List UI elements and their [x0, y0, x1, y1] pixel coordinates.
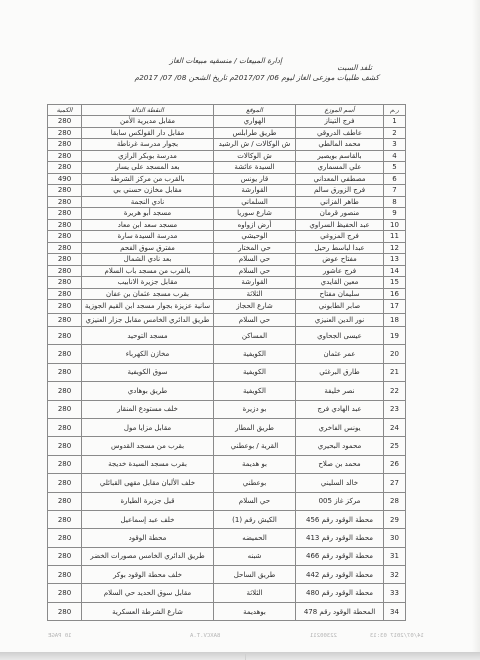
- cell-landmark: بالقرب من مسجد باب السلام: [82, 265, 214, 277]
- cell-distributor-name: منصور قرمان: [296, 208, 384, 220]
- cell-landmark: مفترق سوق الفحم: [82, 242, 214, 254]
- cell-distributor-name: محطة الوقود رقم 456: [296, 510, 384, 528]
- cell-location: طريق طرابلس: [214, 127, 296, 139]
- cell-row-number: 22: [384, 382, 406, 400]
- table-row: 25محمود البحيريالقرية / بوعطنيبقرب من مس…: [48, 437, 406, 455]
- cell-location: الكويفية: [214, 345, 296, 363]
- cell-location: حي المختار: [214, 242, 296, 254]
- table-row: 21طارق البرغثيالكويفيةسوق الكويفية280: [48, 363, 406, 381]
- cell-quantity: 280: [48, 437, 82, 455]
- cell-quantity: 280: [48, 231, 82, 243]
- cell-landmark: مقابل جزيرة الانابيب: [82, 277, 214, 289]
- cell-row-number: 14: [384, 265, 406, 277]
- cell-quantity: 280: [48, 277, 82, 289]
- page-edge-shadow: [472, 0, 480, 652]
- cell-row-number: 9: [384, 208, 406, 220]
- table-row: 24يونس الفاخريطريق المطارمقابل مزايا مول…: [48, 418, 406, 436]
- cell-row-number: 2: [384, 127, 406, 139]
- cell-quantity: 280: [48, 196, 82, 208]
- table-row: 11فرج المزوغيالوحيشيمدرسة السيدة سارة280: [48, 231, 406, 243]
- cell-landmark: مسجد سعد ابن معاد: [82, 219, 214, 231]
- cell-location: طريق المطار: [214, 418, 296, 436]
- bleed-through-text: 8AXCV.T.A: [190, 633, 220, 639]
- cell-distributor-name: طاهر الفزاني: [296, 196, 384, 208]
- cell-quantity: 280: [48, 208, 82, 220]
- cell-row-number: 12: [384, 242, 406, 254]
- bleed-through-text: 14/07/2017 03:13: [370, 633, 424, 639]
- cell-location: الكويفية: [214, 363, 296, 381]
- table-row: 27خالد السلينيبوعطنيخلف الألبان مقابل مق…: [48, 474, 406, 492]
- cell-row-number: 20: [384, 345, 406, 363]
- cell-distributor-name: فرج المزوغي: [296, 231, 384, 243]
- cell-landmark: مدرسة السيدة سارة: [82, 231, 214, 243]
- table-row: 8طاهر الفزانيالسلمانينادي النجمة280: [48, 196, 406, 208]
- cell-distributor-name: محمد المالطي: [296, 139, 384, 151]
- cell-row-number: 33: [384, 584, 406, 602]
- cell-distributor-name: خالد السليني: [296, 474, 384, 492]
- cell-row-number: 13: [384, 254, 406, 266]
- department-heading: إدارة المبيعات / منسقيه مبيعات الغاز: [170, 56, 282, 65]
- table-row: 31محطة الوقود رقم 466شبنهطريق الدائري ال…: [48, 547, 406, 565]
- cell-quantity: 280: [48, 566, 82, 584]
- cell-row-number: 7: [384, 185, 406, 197]
- cell-row-number: 29: [384, 510, 406, 528]
- cell-row-number: 8: [384, 196, 406, 208]
- cell-location: قار يونس: [214, 173, 296, 185]
- cell-landmark: طريق الدائري الخامس مصورات الخضر: [82, 547, 214, 565]
- cell-location: القرية / بوعطني: [214, 437, 296, 455]
- cell-row-number: 19: [384, 327, 406, 345]
- cell-quantity: 280: [48, 382, 82, 400]
- cell-location: الحميضه: [214, 529, 296, 547]
- cell-row-number: 18: [384, 313, 406, 327]
- col-header-landmark: النقطة الدالة: [82, 105, 214, 116]
- cell-distributor-name: بالقاسم بويصير: [296, 150, 384, 162]
- table-row: 33محطة الوقود رقم 480الثلاثةمقابل سوق ال…: [48, 584, 406, 602]
- cell-quantity: 280: [48, 116, 82, 128]
- cell-distributor-name: نور الدين العنيزي: [296, 313, 384, 327]
- table-row: 29محطة الوقود رقم 456الكيش رقم (1)خلف عب…: [48, 510, 406, 528]
- cell-distributor-name: مركز غاز 005: [296, 492, 384, 510]
- cell-location: بو دزيرة: [214, 400, 296, 418]
- cell-quantity: 280: [48, 265, 82, 277]
- cell-location: بو هديمة: [214, 455, 296, 473]
- page-fold-mark: [245, 654, 246, 660]
- table-row: 32محطة الوقود رقم 442طريق الساحلخلف محطة…: [48, 566, 406, 584]
- cell-distributor-name: عمر عثمان: [296, 345, 384, 363]
- cell-distributor-name: نصر خليفة: [296, 382, 384, 400]
- cell-landmark: محطة الوقود: [82, 529, 214, 547]
- cell-landmark: قبل جزيرة الطيارة: [82, 492, 214, 510]
- cell-row-number: 24: [384, 418, 406, 436]
- table-row: 2عاطف الدروقيطريق طرابلسمقابل دار القولك…: [48, 127, 406, 139]
- table-row: 3محمد المالطيش الوكالات / ش الرشيدبجوار …: [48, 139, 406, 151]
- cell-location: الثلاثة: [214, 584, 296, 602]
- cell-landmark: مقابل مديرية الأمن: [82, 116, 214, 128]
- cell-landmark: نادي النجمة: [82, 196, 214, 208]
- cell-distributor-name: يونس الفاخري: [296, 418, 384, 436]
- table-row: 6مصطفي المعدانيقار يونسبالقرب من مركز ال…: [48, 173, 406, 185]
- cell-location: شارع سوريا: [214, 208, 296, 220]
- cell-distributor-name: عيسى الجحاوي: [296, 327, 384, 345]
- cell-landmark: سوق الكويفية: [82, 363, 214, 381]
- cell-quantity: 280: [48, 492, 82, 510]
- cell-row-number: 5: [384, 162, 406, 174]
- cell-quantity: 280: [48, 300, 82, 314]
- cell-landmark: بالقرب من مركز الشرطة: [82, 173, 214, 185]
- cell-quantity: 280: [48, 327, 82, 345]
- cell-location: ش الوكالات: [214, 150, 296, 162]
- cell-location: حي السلام: [214, 265, 296, 277]
- cell-location: حي السلام: [214, 254, 296, 266]
- col-header-name: أسم الموزع: [296, 105, 384, 116]
- cell-quantity: 280: [48, 242, 82, 254]
- cell-row-number: 17: [384, 300, 406, 314]
- table-row: 18نور الدين العنيزيحي السلامطريق الدائري…: [48, 313, 406, 327]
- bleed-through-text: 10 PAGE: [48, 633, 72, 639]
- cell-landmark: طريق بوهادي: [82, 382, 214, 400]
- cell-row-number: 11: [384, 231, 406, 243]
- table-row: 23عبد الهادي فرجبو دزيرةخلف مستودع المنق…: [48, 400, 406, 418]
- cell-location: الكيش رقم (1): [214, 510, 296, 528]
- cell-distributor-name: فرج الزورق سالم: [296, 185, 384, 197]
- cell-distributor-name: صابر الطابوني: [296, 300, 384, 314]
- cell-quantity: 280: [48, 455, 82, 473]
- table-row: 20عمر عثمانالكويفيةمخازن الكهرباء280: [48, 345, 406, 363]
- cell-quantity: 280: [48, 363, 82, 381]
- cell-distributor-name: فرج عاشور: [296, 265, 384, 277]
- cell-row-number: 31: [384, 547, 406, 565]
- cell-location: شارع الحجاز: [214, 300, 296, 314]
- cell-distributor-name: فرج التيناز: [296, 116, 384, 128]
- cell-location: المساكن: [214, 327, 296, 345]
- table-row: 5علي المسماريالسيدة عائشةبعد المسجد على …: [48, 162, 406, 174]
- cell-landmark: بقرب من مسجد القدوس: [82, 437, 214, 455]
- cell-landmark: سانية عزيزة بجوار مسجد ابن القيم الجوزية: [82, 300, 214, 314]
- cell-location: بوهديمة: [214, 602, 296, 620]
- table-row: 15معين القايديالقوارشةمقابل جزيرة الاناب…: [48, 277, 406, 289]
- table-row: 9منصور قرمانشارع سوريامسجد أبو هريرة280: [48, 208, 406, 220]
- table-header-row: ر.م أسم الموزع الموقع النقطة الدالة الكم…: [48, 105, 406, 116]
- table-row: 28مركز غاز 005حي السلامقبل جزيرة الطيارة…: [48, 492, 406, 510]
- cell-quantity: 280: [48, 254, 82, 266]
- cell-location: السيدة عائشة: [214, 162, 296, 174]
- cell-quantity: 280: [48, 127, 82, 139]
- cell-landmark: بعد نادي الشمال: [82, 254, 214, 266]
- cell-row-number: 30: [384, 529, 406, 547]
- cell-row-number: 21: [384, 363, 406, 381]
- cell-location: طريق الساحل: [214, 566, 296, 584]
- cell-distributor-name: محطة الوقود رقم 413: [296, 529, 384, 547]
- cell-distributor-name: محطة الوقود رقم 466: [296, 547, 384, 565]
- col-header-quantity: الكمية: [48, 105, 82, 116]
- cell-distributor-name: سليمان مفتاح: [296, 288, 384, 300]
- cell-quantity: 280: [48, 547, 82, 565]
- scanned-page: إدارة المبيعات / منسقيه مبيعات الغاز تلف…: [0, 0, 480, 652]
- cell-quantity: 280: [48, 185, 82, 197]
- cell-location: الهواري: [214, 116, 296, 128]
- table-row: 17صابر الطابونيشارع الحجازسانية عزيزة بج…: [48, 300, 406, 314]
- cell-quantity: 490: [48, 173, 82, 185]
- cell-row-number: 16: [384, 288, 406, 300]
- cell-distributor-name: محمد بن صلاح: [296, 455, 384, 473]
- distributor-orders-table: ر.م أسم الموزع الموقع النقطة الدالة الكم…: [47, 104, 406, 621]
- cell-row-number: 1: [384, 116, 406, 128]
- cell-landmark: خلف الألبان مقابل مقهى القبائلي: [82, 474, 214, 492]
- cell-distributor-name: عبدا لباسط رحيل: [296, 242, 384, 254]
- cell-location: شبنه: [214, 547, 296, 565]
- cell-distributor-name: عبد الهادي فرج: [296, 400, 384, 418]
- cell-location: حي السلام: [214, 313, 296, 327]
- cell-location: أرض ازواوه: [214, 219, 296, 231]
- cell-landmark: مسجد التوحيد: [82, 327, 214, 345]
- cell-location: الوحيشي: [214, 231, 296, 243]
- cell-quantity: 280: [48, 162, 82, 174]
- document-title: كشف طلبيات موزعى الغاز ليوم 06/ 2017/07م…: [96, 73, 379, 82]
- cell-landmark: خلف محطة الوقود بوكر: [82, 566, 214, 584]
- cell-quantity: 280: [48, 510, 82, 528]
- cell-landmark: مخازن الكهرباء: [82, 345, 214, 363]
- cell-quantity: 280: [48, 584, 82, 602]
- table-row: 22نصر خليفةالكويفيةطريق بوهادي280: [48, 382, 406, 400]
- cell-quantity: 280: [48, 313, 82, 327]
- cell-location: ش الوكالات / ش الرشيد: [214, 139, 296, 151]
- table-row: 16سليمان مفتاحالثلاثةبقرب مسجد عثمان بن …: [48, 288, 406, 300]
- cell-landmark: خلف مستودع المنقار: [82, 400, 214, 418]
- cell-quantity: 280: [48, 474, 82, 492]
- cell-row-number: 25: [384, 437, 406, 455]
- cell-quantity: 280: [48, 418, 82, 436]
- table-row: 13مفتاح عوضحي السلامبعد نادي الشمال280: [48, 254, 406, 266]
- cell-quantity: 280: [48, 288, 82, 300]
- cell-landmark: بجوار مدرسة غرناطة: [82, 139, 214, 151]
- cell-row-number: 10: [384, 219, 406, 231]
- cell-landmark: طريق الدائري الخامس مقابل جزار العنيزي: [82, 313, 214, 327]
- bleed-through-text: 22300211: [310, 633, 337, 639]
- cell-location: الكويفية: [214, 382, 296, 400]
- cell-row-number: 3: [384, 139, 406, 151]
- table-row: 34المحطة الوقود رقم 478بوهديمةشارع الشرط…: [48, 602, 406, 620]
- cell-row-number: 15: [384, 277, 406, 289]
- cell-distributor-name: المحطة الوقود رقم 478: [296, 602, 384, 620]
- cell-row-number: 28: [384, 492, 406, 510]
- cell-distributor-name: معين القايدي: [296, 277, 384, 289]
- cell-quantity: 280: [48, 345, 82, 363]
- cell-landmark: مقابل سوق الحديد حي السلام: [82, 584, 214, 602]
- cell-landmark: شارع الشرطة العسكرية: [82, 602, 214, 620]
- cell-row-number: 4: [384, 150, 406, 162]
- cell-distributor-name: عبد الحفيظ السراوي: [296, 219, 384, 231]
- cell-distributor-name: عاطف الدروقي: [296, 127, 384, 139]
- table-row: 7فرج الزورق سالمالقوارشةمقابل مخازن حسني…: [48, 185, 406, 197]
- col-header-num: ر.م: [384, 105, 406, 116]
- cell-row-number: 27: [384, 474, 406, 492]
- cell-row-number: 23: [384, 400, 406, 418]
- cell-landmark: مسجد أبو هريرة: [82, 208, 214, 220]
- day-label: تلفد السبت: [330, 63, 372, 72]
- cell-row-number: 32: [384, 566, 406, 584]
- cell-location: الثلاثة: [214, 288, 296, 300]
- table-row: 1فرج التينازالهواريمقابل مديرية الأمن280: [48, 116, 406, 128]
- cell-landmark: بقرب مسجد السيدة خديجة: [82, 455, 214, 473]
- cell-quantity: 280: [48, 529, 82, 547]
- cell-landmark: بقرب مسجد عثمان بن عفان: [82, 288, 214, 300]
- cell-row-number: 34: [384, 602, 406, 620]
- cell-location: القوارشة: [214, 277, 296, 289]
- cell-landmark: مدرسة بوبكر الرازي: [82, 150, 214, 162]
- cell-location: السلماني: [214, 196, 296, 208]
- cell-location: القوارشة: [214, 185, 296, 197]
- cell-distributor-name: مفتاح عوض: [296, 254, 384, 266]
- cell-distributor-name: طارق البرغثي: [296, 363, 384, 381]
- cell-quantity: 280: [48, 139, 82, 151]
- cell-location: حي السلام: [214, 492, 296, 510]
- cell-distributor-name: محمود البحيري: [296, 437, 384, 455]
- cell-landmark: مقابل مخازن حسني بي: [82, 185, 214, 197]
- cell-quantity: 280: [48, 602, 82, 620]
- col-header-location: الموقع: [214, 105, 296, 116]
- table-row: 19عيسى الجحاويالمساكنمسجد التوحيد280: [48, 327, 406, 345]
- cell-row-number: 6: [384, 173, 406, 185]
- cell-landmark: بعد المسجد على يسار: [82, 162, 214, 174]
- table-row: 12عبدا لباسط رحيلحي المختارمفترق سوق الف…: [48, 242, 406, 254]
- cell-quantity: 280: [48, 219, 82, 231]
- cell-distributor-name: مصطفي المعداني: [296, 173, 384, 185]
- cell-distributor-name: علي المسماري: [296, 162, 384, 174]
- table-row: 4بالقاسم بويصيرش الوكالاتمدرسة بوبكر الر…: [48, 150, 406, 162]
- cell-row-number: 26: [384, 455, 406, 473]
- cell-landmark: خلف عبد إسماعيل: [82, 510, 214, 528]
- table-row: 14فرج عاشورحي السلامبالقرب من مسجد باب ا…: [48, 265, 406, 277]
- cell-quantity: 280: [48, 400, 82, 418]
- cell-location: بوعطني: [214, 474, 296, 492]
- cell-distributor-name: محطة الوقود رقم 442: [296, 566, 384, 584]
- cell-quantity: 280: [48, 150, 82, 162]
- page-bottom-edge: [0, 652, 480, 660]
- cell-landmark: مقابل مزايا مول: [82, 418, 214, 436]
- cell-landmark: مقابل دار القولكس سابقا: [82, 127, 214, 139]
- table-row: 26محمد بن صلاحبو هديمةبقرب مسجد السيدة خ…: [48, 455, 406, 473]
- table-row: 10عبد الحفيظ السراويأرض ازواوهمسجد سعد ا…: [48, 219, 406, 231]
- table-row: 30محطة الوقود رقم 413الحميضهمحطة الوقود2…: [48, 529, 406, 547]
- cell-distributor-name: محطة الوقود رقم 480: [296, 584, 384, 602]
